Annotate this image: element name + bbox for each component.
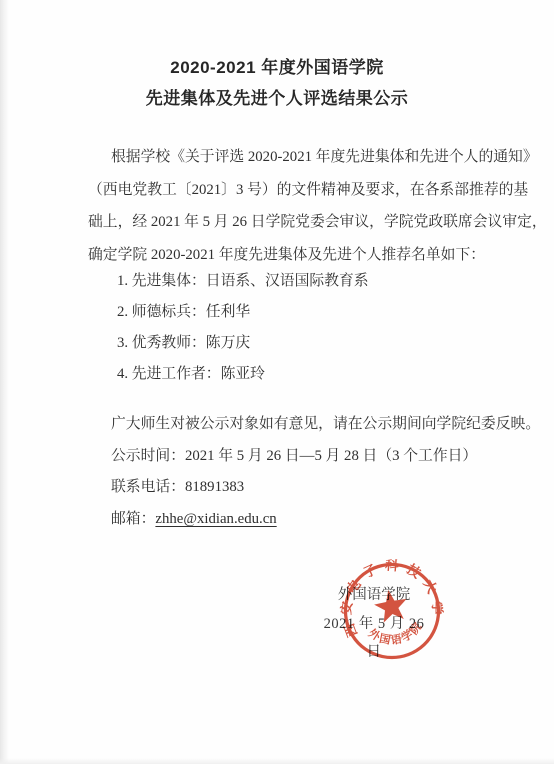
document-title-line2: 先进集体及先进个人评选结果公示 xyxy=(0,83,554,114)
scan-edge-artifact-left xyxy=(0,0,9,764)
announcement-document-page: 2020-2021 年度外国语学院 先进集体及先进个人评选结果公示 根据学校《关… xyxy=(0,0,554,764)
feedback-instruction: 广大师生对被公示对象如有意见，请在公示期间向学院纪委反映。 xyxy=(88,409,528,441)
award-item-advanced-worker: 4. 先进工作者：陈亚玲 xyxy=(117,359,517,390)
award-item-excellent-teacher: 3. 优秀教师：陈万庆 xyxy=(117,328,517,359)
document-title-line1: 2020-2021 年度外国语学院 xyxy=(0,52,554,83)
paragraph-line: 根据学校《关于评选 2020-2021 年度先进集体和先进个人的通知》 xyxy=(88,141,518,174)
contact-email-line: 邮箱：zhhe@xidian.edu.cn xyxy=(88,504,528,536)
signature-date: 2021 年 5 月 26 日 xyxy=(320,610,428,667)
contact-phone: 联系电话：81891383 xyxy=(88,472,528,504)
scan-edge-artifact-bottom xyxy=(0,758,554,764)
signature-block: 外国语学院 2021 年 5 月 26 日 xyxy=(320,581,428,667)
email-label: 邮箱： xyxy=(111,511,155,527)
paragraph-line: （西电党教工〔2021〕3 号）的文件精神及要求，在各系部推荐的基 xyxy=(88,174,518,207)
publicity-period: 公示时间：2021 年 5 月 26 日—5 月 28 日（3 个工作日） xyxy=(88,441,528,473)
document-title: 2020-2021 年度外国语学院 先进集体及先进个人评选结果公示 xyxy=(0,52,554,114)
award-item-advanced-collective: 1. 先进集体：日语系、汉语国际教育系 xyxy=(117,266,517,297)
paragraph-line: 础上，经 2021 年 5 月 26 日学院党委会审议，学院党政联席会议审定， xyxy=(88,206,518,239)
award-list: 1. 先进集体：日语系、汉语国际教育系 2. 师德标兵：任利华 3. 优秀教师：… xyxy=(117,266,517,390)
signature-department: 外国语学院 xyxy=(320,581,428,610)
award-item-ethics-model: 2. 师德标兵：任利华 xyxy=(117,297,517,328)
intro-paragraph: 根据学校《关于评选 2020-2021 年度先进集体和先进个人的通知》 （西电党… xyxy=(88,141,518,271)
email-link[interactable]: zhhe@xidian.edu.cn xyxy=(155,511,276,527)
closing-info: 广大师生对被公示对象如有意见，请在公示期间向学院纪委反映。 公示时间：2021 … xyxy=(88,409,528,535)
